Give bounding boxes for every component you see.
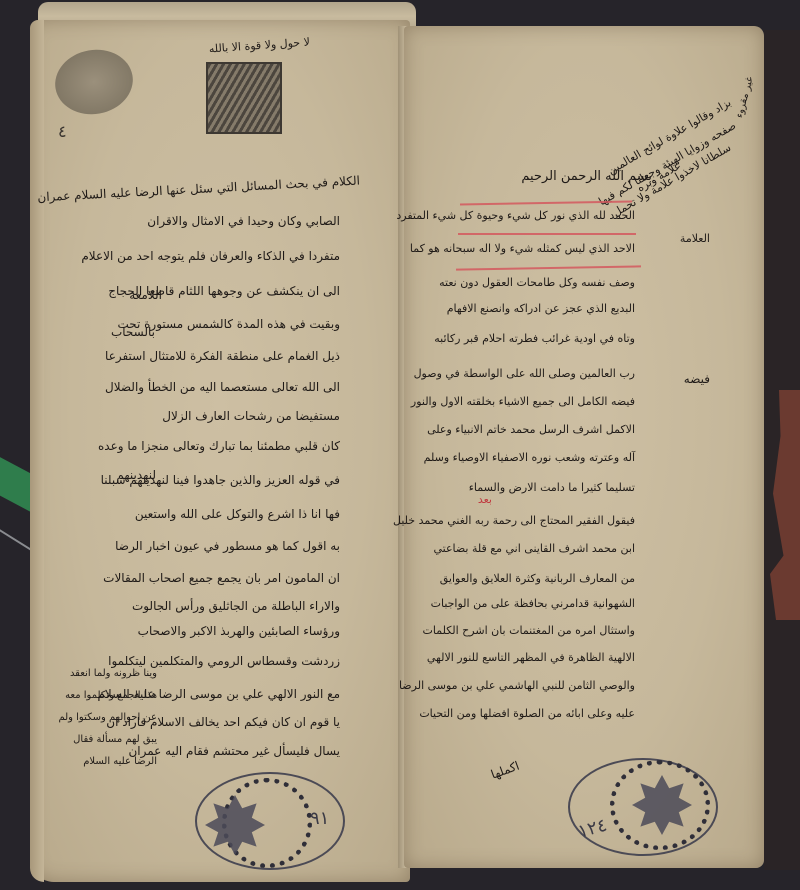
text-line: الصابي وكان وحيدا في الامثال والاقران: [160, 215, 340, 227]
text-line: مع النور الالهي علي بن موسى الرضا عليه ا…: [160, 688, 340, 700]
red-rule-line: [458, 233, 636, 235]
left-stamp-number: ٩١: [310, 808, 329, 829]
text-line: الشهوانية قدامرني بحافظة على من الواجبات: [455, 598, 635, 609]
left-margin-note: لنهدينهم: [106, 468, 156, 482]
text-line: الى ان ينكشف عن وجوهها اللثام قاطعا الحج…: [160, 285, 340, 297]
text-line: الحمد لله الذي نور كل شيء وحيوة كل شيء ا…: [455, 210, 635, 221]
text-line: وتاه في اودية غرائب فطرته احلام قبر ركائ…: [455, 333, 635, 344]
text-line: مستفيضا من رشحات العارف الزلال: [160, 410, 340, 422]
text-line: ذيل الغمام على منطقة الفكرة للامتثال است…: [160, 350, 340, 362]
text-line: من المعارف الربانية وكثرة العلايق والعوا…: [455, 573, 635, 584]
star-emblem-icon: [632, 775, 692, 835]
text-line: واستثال امره من المغتنمات بان اشرح الكلم…: [455, 625, 635, 636]
left-page-fold: [30, 20, 44, 882]
text-line: متفردا في الذكاء والعرفان فلم يتوجه احد …: [160, 250, 340, 262]
text-line: وبقيت في هذه المدة كالشمس مستورة تحت: [160, 318, 340, 330]
left-margin-note: اللامعة: [112, 288, 162, 302]
text-line: رب العالمين وصلى الله على الواسطة في وصو…: [455, 368, 635, 379]
margin-note-line: هذا الجمع وتكلموا معه: [62, 690, 157, 701]
star-emblem-icon: [205, 795, 265, 855]
text-line: يسال فليسأل غير محتشم فقام اليه عمران: [160, 745, 340, 757]
margin-note-line: الرضا عليه السلام: [62, 756, 157, 767]
text-line: فيقول الفقير المحتاج الى رحمة ربه الغني …: [455, 515, 635, 526]
text-line: ابن محمد اشرف القاينى اني مع قلة بضاعتي: [455, 543, 635, 554]
text-line: والوصي الثامن للنبي الهاشمي علي بن موسى …: [455, 680, 635, 691]
margin-note-line: عن احوالهم وسكتوا ولم: [62, 712, 157, 723]
text-line: كان قلبي مطمئنا بما تبارك وتعالى منجزا م…: [160, 440, 340, 452]
text-line: الالهية الظاهرة في المظهر التاسع للنور ا…: [455, 652, 635, 663]
text-line: الاحد الذي ليس كمثله شيء ولا اله سبحانه …: [455, 243, 635, 254]
margin-note-line: وينا ظرونه ولما انعقد: [62, 668, 157, 679]
text-line: آله وعترته وشعب نوره الاصفياء الاوصياء و…: [455, 452, 635, 463]
left-margin-note: بالسحاب: [100, 325, 155, 339]
text-line: الى الله تعالى مستعصما اليه من الخطأ وال…: [160, 381, 340, 393]
text-line: والاراء الباطلة من الجاثليق ورأس الجالوت: [160, 600, 340, 612]
left-corner-mark: ٤: [58, 122, 67, 141]
side-note: العلامة: [650, 232, 710, 245]
square-ownership-seal: [206, 62, 282, 134]
right-margin-note: فيضه: [665, 372, 710, 386]
text-line: تسليما كثيرا ما دامت الارض والسماء: [455, 482, 635, 493]
text-line: وصف نفسه وكل طامحات العقول دون نعته: [455, 277, 635, 288]
rubric-word: بعد: [462, 494, 492, 505]
text-line: زردشت وقسطاس الرومي والمتكلمين ليتكلموا: [160, 655, 340, 667]
text-line: في قوله العزيز والذين جاهدوا فينا لنهدين…: [160, 474, 340, 486]
basmala-heading: بسم الله الرحمن الرحيم: [512, 170, 652, 183]
text-line: فها انا ذا اشرع والتوكل على الله واستعين: [160, 508, 340, 520]
text-line: البديع الذي عجز عن ادراكه وانصنع الافهام: [455, 303, 635, 314]
text-line: الاكمل اشرف الرسل محمد خاتم الانبياء وعل…: [455, 424, 635, 435]
text-line: ان المامون امر بان يجمع جميع اصحاب المقا…: [160, 572, 340, 584]
text-line: به اقول كما هو مسطور في عيون اخبار الرضا: [160, 540, 340, 552]
text-line: فيضه الكامل الى جميع الاشياء بخلقته الاو…: [455, 396, 635, 407]
text-line: عليه وعلى ابائه من الصلوة افضلها ومن الت…: [455, 708, 635, 719]
text-line: يا قوم ان كان فيكم احد يخالف الاسلام فار…: [160, 716, 340, 728]
text-line: ورؤساء الصابئين والهربذ الاكبر والاصحاب: [160, 625, 340, 637]
margin-note-line: يبق لهم مسألة فقال: [62, 734, 157, 745]
